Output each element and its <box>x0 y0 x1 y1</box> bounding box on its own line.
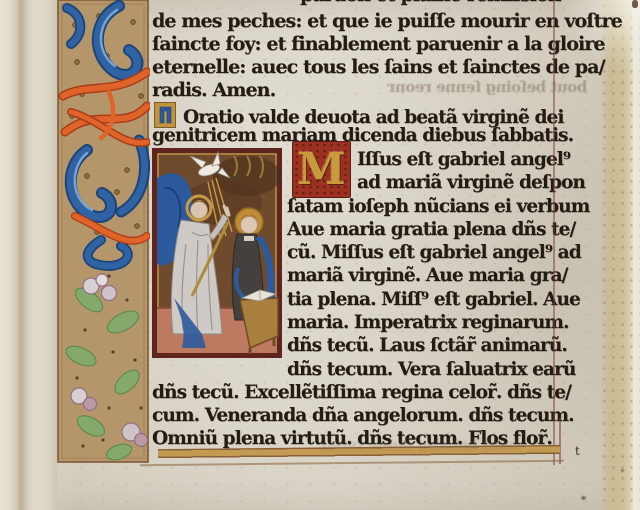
latin-line: cum. Veneranda dña angelorum. dñs tecum. <box>152 406 574 426</box>
french-line: eternelle: auec tous les ſains et ſainct… <box>152 57 605 78</box>
latin-line: maria. Imperatrix reginarum. <box>287 313 569 333</box>
red-ruling-line-short <box>559 418 561 464</box>
foxing-speck <box>632 0 638 8</box>
foxing-speck <box>620 468 625 473</box>
latin-line: mariã virginẽ. Aue maria gra/ <box>287 266 567 286</box>
manuscript-photo: M pardon et plaine remiſsion de mes pech… <box>0 0 640 510</box>
latin-line: Aue maria gratia plena dñs te/ <box>287 220 575 240</box>
french-line: ſaincte foy: et finablement paruenir a l… <box>152 34 605 55</box>
latin-line: dñs tecũ. Excellẽtiſſima regina celor̃. … <box>152 383 571 403</box>
foxing-speck <box>580 495 587 501</box>
latin-line: tia plena. Miſſ⁹ eſt gabriel. Aue <box>287 290 580 310</box>
ink-show-through: bout beſoing ſenne reonr <box>388 78 587 96</box>
margin-pen-mark: t <box>575 444 580 458</box>
french-line: radis. Amen. <box>152 80 275 101</box>
latin-line: ad mariã virginẽ deſpon <box>357 173 585 193</box>
latin-line: cũ. Miſſus eſt gabriel angel⁹ ad <box>287 243 581 263</box>
red-ruling-line <box>553 0 555 465</box>
rubric-line-2: genitricem mariam dicenda diebus ſabbati… <box>152 126 573 146</box>
latin-line: Iſſus eſt gabriel angel⁹ <box>357 150 570 170</box>
ink-show-through-faint: bout beſoing ſenne reonr <box>320 436 519 454</box>
text-block: pardon et plaine remiſsion de mes peches… <box>0 0 640 510</box>
latin-line: dñs tecum. Vera ſaluatrix earũ <box>287 360 576 380</box>
latin-line: ſatam ioſeph nũcians ei verbum <box>287 197 589 217</box>
latin-line: dñs tecũ. Laus ſctãr̃ animarũ. <box>287 336 567 356</box>
french-line: de mes peches: et que ie puiſſe mourir e… <box>152 11 622 32</box>
cut-top-line: pardon et plaine remiſsion <box>300 0 561 6</box>
